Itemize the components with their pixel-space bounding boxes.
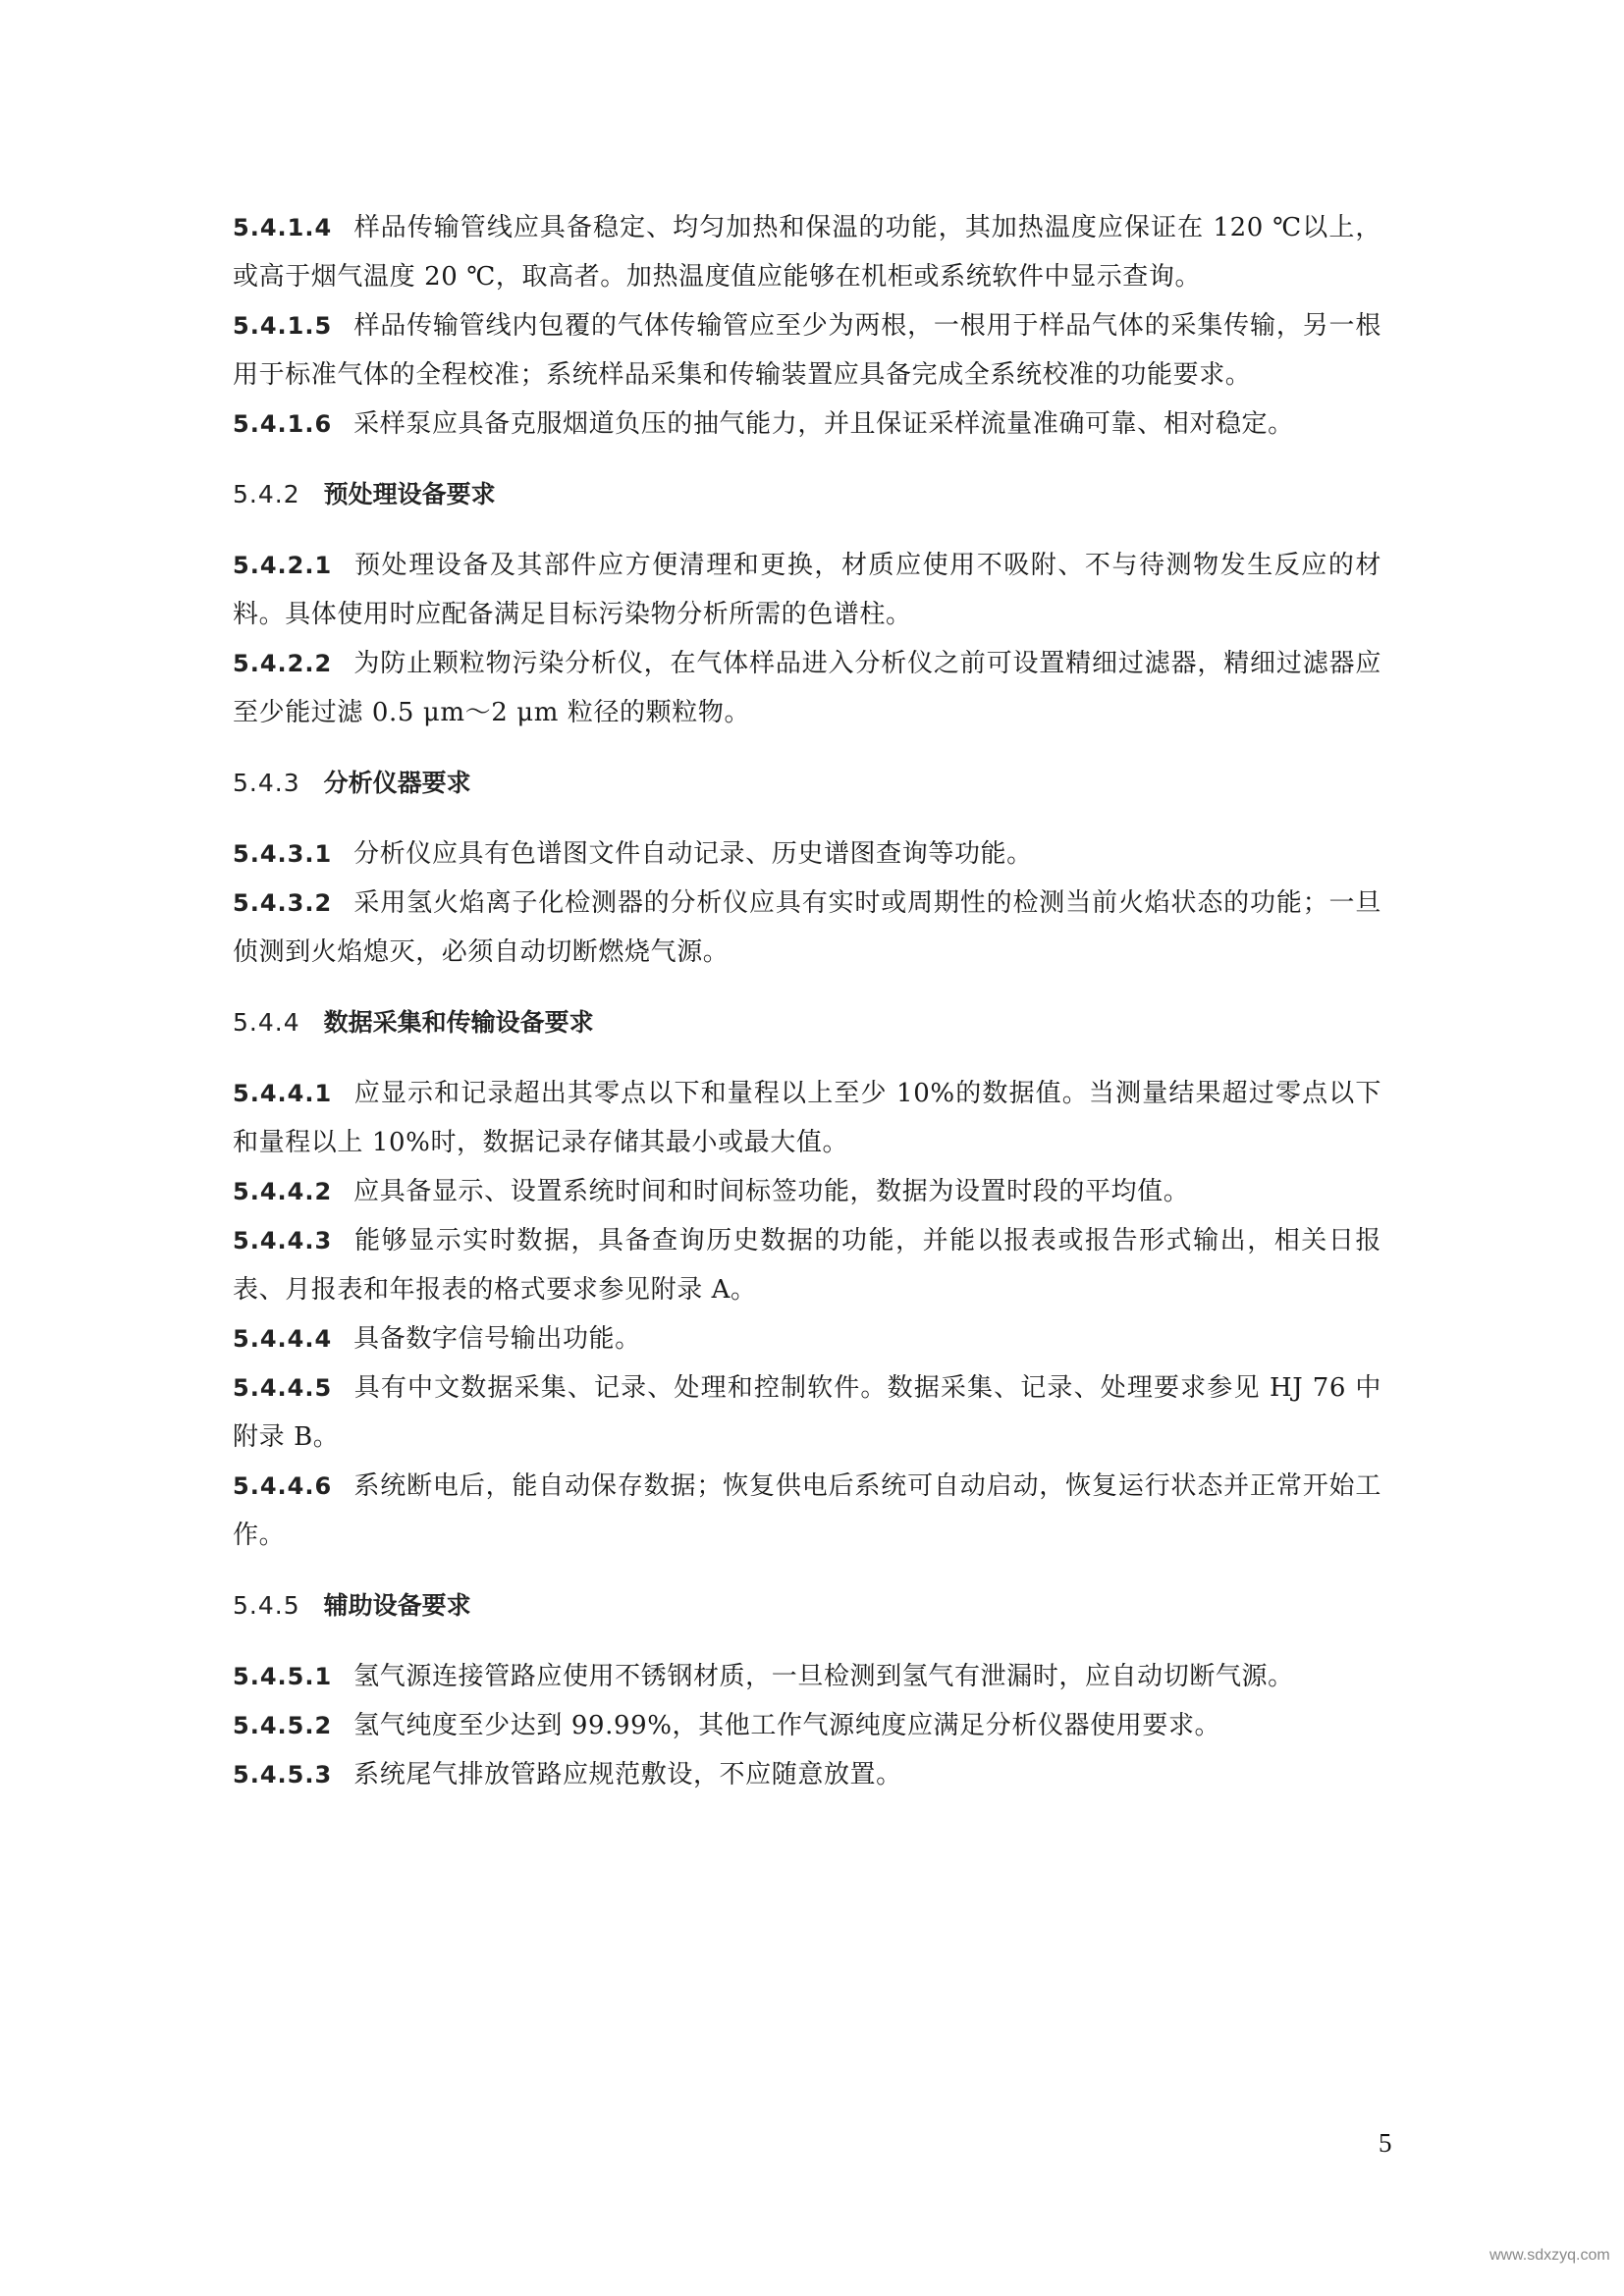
clause-5-4-3-1: 5.4.3.1分析仪应具有色谱图文件自动记录、历史谱图查询等功能。: [233, 829, 1381, 879]
clause-text: 样品传输管线应具备稳定、均匀加热和保温的功能，其加热温度应保证在 120 ℃以上…: [233, 213, 1381, 292]
page-number: 5: [1379, 2128, 1392, 2159]
clause-number: 5.4.3.1: [233, 840, 332, 868]
clause-number: 5.4.3.2: [233, 889, 332, 917]
clause-number: 5.4.4.4: [233, 1325, 332, 1353]
clause-text: 氢气纯度至少达到 99.99%，其他工作气源纯度应满足分析仪器使用要求。: [353, 1711, 1220, 1740]
heading-number: 5.4.2: [233, 480, 300, 508]
clause-5-4-4-5: 5.4.4.5具有中文数据采集、记录、处理和控制软件。数据采集、记录、处理要求参…: [233, 1363, 1381, 1462]
clause-text: 为防止颗粒物污染分析仪，在气体样品进入分析仪之前可设置精细过滤器，精细过滤器应至…: [233, 649, 1381, 727]
clause-text: 氢气源连接管路应使用不锈钢材质，一旦检测到氢气有泄漏时，应自动切断气源。: [353, 1662, 1294, 1691]
clause-5-4-5-3: 5.4.5.3系统尾气排放管路应规范敷设，不应随意放置。: [233, 1750, 1381, 1799]
clause-5-4-2-2: 5.4.2.2为防止颗粒物污染分析仪，在气体样品进入分析仪之前可设置精细过滤器，…: [233, 639, 1381, 737]
clause-number: 5.4.2.2: [233, 650, 332, 677]
clause-number: 5.4.1.6: [233, 410, 332, 438]
clause-5-4-5-1: 5.4.5.1氢气源连接管路应使用不锈钢材质，一旦检测到氢气有泄漏时，应自动切断…: [233, 1652, 1381, 1701]
clause-text: 应具备显示、设置系统时间和时间标签功能，数据为设置时段的平均值。: [353, 1177, 1189, 1206]
clause-text: 采用氢火焰离子化检测器的分析仪应具有实时或周期性的检测当前火焰状态的功能；一旦侦…: [233, 888, 1381, 967]
section-heading-5-4-2: 5.4.2预处理设备要求: [233, 470, 1381, 519]
clause-5-4-2-1: 5.4.2.1预处理设备及其部件应方便清理和更换，材质应使用不吸附、不与待测物发…: [233, 541, 1381, 639]
clause-text: 系统断电后，能自动保存数据；恢复供电后系统可自动启动，恢复运行状态并正常开始工作…: [233, 1471, 1381, 1550]
clause-text: 应显示和记录超出其零点以下和量程以上至少 10%的数据值。当测量结果超过零点以下…: [233, 1079, 1381, 1157]
clause-5-4-4-1: 5.4.4.1应显示和记录超出其零点以下和量程以上至少 10%的数据值。当测量结…: [233, 1069, 1381, 1167]
clause-5-4-5-2: 5.4.5.2氢气纯度至少达到 99.99%，其他工作气源纯度应满足分析仪器使用…: [233, 1701, 1381, 1750]
heading-text: 数据采集和传输设备要求: [324, 1008, 594, 1037]
clause-number: 5.4.4.2: [233, 1178, 332, 1205]
clause-text: 具备数字信号输出功能。: [353, 1324, 641, 1354]
clause-text: 预处理设备及其部件应方便清理和更换，材质应使用不吸附、不与待测物发生反应的材料。…: [233, 551, 1381, 629]
clause-number: 5.4.5.1: [233, 1663, 332, 1690]
clause-5-4-4-2: 5.4.4.2应具备显示、设置系统时间和时间标签功能，数据为设置时段的平均值。: [233, 1167, 1381, 1216]
section-heading-5-4-3: 5.4.3分析仪器要求: [233, 759, 1381, 808]
heading-number: 5.4.3: [233, 769, 300, 797]
heading-number: 5.4.5: [233, 1591, 300, 1620]
clause-5-4-1-4: 5.4.1.4样品传输管线应具备稳定、均匀加热和保温的功能，其加热温度应保证在 …: [233, 203, 1381, 301]
clause-number: 5.4.1.5: [233, 312, 332, 340]
clause-5-4-4-6: 5.4.4.6系统断电后，能自动保存数据；恢复供电后系统可自动启动，恢复运行状态…: [233, 1462, 1381, 1560]
clause-5-4-4-4: 5.4.4.4具备数字信号输出功能。: [233, 1314, 1381, 1363]
clause-text: 系统尾气排放管路应规范敷设，不应随意放置。: [353, 1760, 902, 1789]
clause-number: 5.4.4.1: [233, 1080, 332, 1107]
heading-number: 5.4.4: [233, 1008, 300, 1037]
clause-number: 5.4.2.1: [233, 552, 332, 579]
clause-5-4-1-5: 5.4.1.5样品传输管线内包覆的气体传输管应至少为两根，一根用于样品气体的采集…: [233, 301, 1381, 400]
clause-text: 采样泵应具备克服烟道负压的抽气能力，并且保证采样流量准确可靠、相对稳定。: [353, 409, 1294, 439]
clause-number: 5.4.5.3: [233, 1761, 332, 1789]
section-heading-5-4-5: 5.4.5辅助设备要求: [233, 1581, 1381, 1630]
heading-text: 分析仪器要求: [324, 769, 471, 797]
clause-5-4-3-2: 5.4.3.2采用氢火焰离子化检测器的分析仪应具有实时或周期性的检测当前火焰状态…: [233, 879, 1381, 977]
clause-5-4-4-3: 5.4.4.3能够显示实时数据，具备查询历史数据的功能，并能以报表或报告形式输出…: [233, 1216, 1381, 1314]
clause-text: 样品传输管线内包覆的气体传输管应至少为两根，一根用于样品气体的采集传输，另一根用…: [233, 311, 1381, 390]
clause-number: 5.4.4.6: [233, 1472, 332, 1500]
clause-text: 具有中文数据采集、记录、处理和控制软件。数据采集、记录、处理要求参见 HJ 76…: [233, 1373, 1381, 1452]
watermark-url: www.sdxzyq.com: [1489, 2247, 1610, 2265]
clause-number: 5.4.4.3: [233, 1227, 332, 1255]
clause-5-4-1-6: 5.4.1.6采样泵应具备克服烟道负压的抽气能力，并且保证采样流量准确可靠、相对…: [233, 400, 1381, 449]
document-body: 5.4.1.4样品传输管线应具备稳定、均匀加热和保温的功能，其加热温度应保证在 …: [233, 203, 1381, 1799]
heading-text: 预处理设备要求: [324, 480, 496, 508]
clause-text: 分析仪应具有色谱图文件自动记录、历史谱图查询等功能。: [353, 839, 1033, 869]
clause-number: 5.4.1.4: [233, 214, 332, 241]
clause-text: 能够显示实时数据，具备查询历史数据的功能，并能以报表或报告形式输出，相关日报表、…: [233, 1226, 1381, 1305]
clause-number: 5.4.5.2: [233, 1712, 332, 1739]
section-heading-5-4-4: 5.4.4数据采集和传输设备要求: [233, 998, 1381, 1047]
heading-text: 辅助设备要求: [324, 1591, 471, 1620]
clause-number: 5.4.4.5: [233, 1374, 332, 1402]
